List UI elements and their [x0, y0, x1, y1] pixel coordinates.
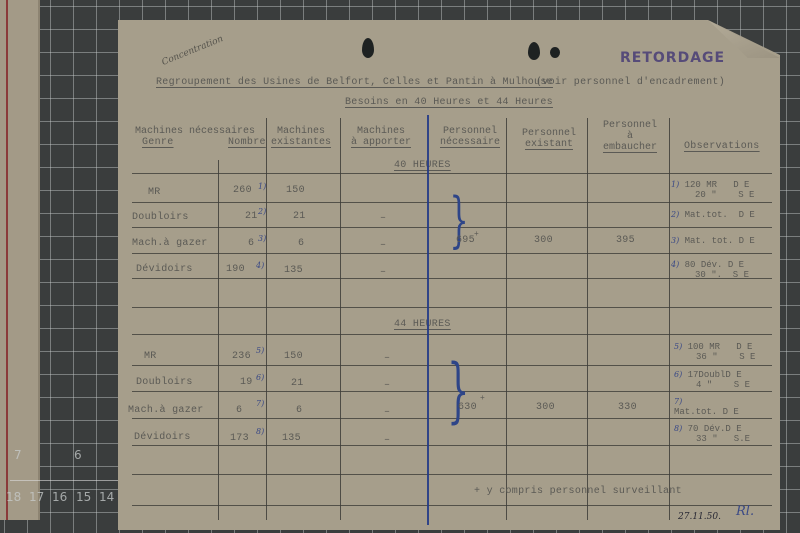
footnote-ref: 7) [256, 399, 264, 408]
observation-line: Mat.tot. D E [674, 407, 739, 417]
cell-existantes: 150 [286, 185, 305, 196]
header-label: Personnel [430, 126, 510, 137]
cell-apporter: – [380, 240, 386, 251]
observation-ref: 8) [674, 424, 682, 433]
ruler-label: 6 [74, 448, 82, 462]
footnote-ref: 1) [258, 182, 266, 191]
cell-apporter: – [384, 380, 390, 391]
personnel-embaucher-40h: 395 [616, 235, 635, 246]
observation-line: Mat.tot. D E [685, 210, 755, 220]
footnote-ref: 5) [256, 346, 264, 355]
footnote-ref: 4) [256, 261, 264, 270]
observation-line: 4 " S E [674, 380, 750, 390]
document-subtitle: Besoins en 40 Heures et 44 Heures [345, 97, 553, 108]
cell-nombre: 19 [240, 377, 253, 388]
column-rule [506, 118, 507, 520]
cell-genre: Doubloirs [136, 377, 193, 388]
observation-4: 4) 80 Dév. D E 30 ". S E [671, 260, 749, 280]
observation-line: 120 MR D E [685, 180, 750, 190]
column-rule [669, 118, 670, 520]
table-rule [132, 334, 772, 335]
cell-nombre: 6 [236, 405, 242, 416]
section-label-40h: 40 HEURES [394, 160, 451, 171]
personnel-existant-40h: 300 [534, 235, 553, 246]
section-label-44h: 44 HEURES [394, 319, 451, 330]
personnel-necessaire-40h: 695 [456, 235, 475, 246]
header-observations: Observations [684, 141, 760, 152]
observation-line: 20 " S E [671, 190, 754, 200]
cell-existantes: 6 [296, 405, 302, 416]
footnote-ref: 6) [256, 373, 264, 382]
cell-existantes: 21 [293, 211, 306, 222]
pencil-annotation: Concentration [161, 34, 225, 68]
ruler-scale [10, 480, 118, 481]
bracket-44h: } [447, 355, 469, 425]
table-rule [132, 307, 772, 308]
blue-ink-divider [427, 115, 429, 525]
cell-apporter: – [384, 435, 390, 446]
cell-apporter: – [384, 353, 390, 364]
cell-nombre: 236 [232, 351, 251, 362]
header-personnel-embaucher: Personnel à embaucher [590, 120, 670, 153]
observation-ref: 5) [674, 342, 682, 351]
ruler-label: 14 [99, 490, 114, 504]
handwritten-initials: Rl. [736, 504, 754, 519]
punch-hole [550, 47, 560, 58]
cell-existantes: 150 [284, 351, 303, 362]
header-label: Machines nécessaires [120, 126, 270, 137]
header-personnel-existant: Personnel existant [510, 128, 588, 150]
cell-genre: Dévidoirs [134, 432, 191, 443]
cell-existantes: 135 [282, 433, 301, 444]
cell-genre: Mach.à gazer [128, 405, 204, 416]
handwritten-date: 27.11.50. [678, 512, 721, 522]
observation-ref: 1) [671, 180, 679, 189]
ruler-label: 16 [52, 490, 67, 504]
cell-existantes: 6 [298, 238, 304, 249]
red-margin-edge [6, 0, 8, 520]
document-title: Regroupement des Usines de Belfort, Cell… [156, 77, 553, 88]
observation-5: 5) 100 MR D E 36 " S E [674, 342, 755, 362]
header-label: Personnel [590, 120, 670, 131]
column-rule [340, 118, 341, 520]
header-label: embaucher [590, 142, 670, 153]
punch-hole [362, 38, 374, 58]
header-genre: Genre [142, 137, 174, 148]
cell-apporter: – [380, 267, 386, 278]
observation-line: 30 ". S E [671, 270, 749, 280]
footnote-ref: 2) [258, 207, 266, 216]
header-nombre: Nombre [228, 137, 266, 148]
observation-line: 80 Dév. D E [685, 260, 744, 270]
ruler-label: 15 [76, 490, 91, 504]
cell-genre: Dévidoirs [136, 264, 193, 275]
observation-ref: 6) [674, 370, 682, 379]
header-label: existant [510, 139, 588, 150]
header-label: à [590, 131, 670, 142]
cell-genre: Mach.à gazer [132, 238, 208, 249]
header-label: Personnel [510, 128, 588, 139]
observation-6: 6) 17DoublD E 4 " S E [674, 370, 750, 390]
retordage-stamp: RETORDAGE [620, 50, 725, 66]
observation-ref: 2) [671, 210, 679, 219]
header-label: à apporter [340, 137, 422, 148]
observation-3: 3) Mat. tot. D E [671, 236, 755, 246]
cell-nombre: 190 [226, 264, 245, 275]
ruler-label: 18 [6, 490, 21, 504]
observation-line: 17DoublD E [688, 370, 742, 380]
cell-genre: MR [144, 351, 157, 362]
personnel-existant-44h: 300 [536, 402, 555, 413]
cell-nombre: 21 [245, 211, 258, 222]
cell-genre: MR [148, 187, 161, 198]
header-label: Machines [266, 126, 336, 137]
observation-ref: 3) [671, 236, 679, 245]
table-rule [132, 474, 772, 475]
table-rule [132, 505, 772, 506]
document-sheet: Concentration RETORDAGE Regroupement des… [118, 20, 780, 530]
column-rule [218, 160, 219, 520]
cell-nombre: 260 [233, 185, 252, 196]
ruler-label: 17 [29, 490, 44, 504]
ruler-label: 7 [14, 448, 22, 462]
personnel-mark: + [474, 230, 479, 239]
header-personnel-necessaire: Personnel nécessaire [430, 126, 510, 148]
personnel-embaucher-44h: 330 [618, 402, 637, 413]
header-machines-necessaires: Machines nécessaires [120, 126, 270, 137]
column-rule [266, 118, 267, 520]
observation-line: 36 " S E [674, 352, 755, 362]
footnote-ref: 3) [258, 234, 266, 243]
column-rule [587, 118, 588, 520]
observation-line: 100 MR D E [688, 342, 753, 352]
footnote-ref: 8) [256, 427, 264, 436]
cell-nombre: 173 [230, 433, 249, 444]
header-label: nécessaire [430, 137, 510, 148]
observation-2: 2) Mat.tot. D E [671, 210, 755, 220]
header-label: Machines [340, 126, 422, 137]
observation-7: 7) Mat.tot. D E [674, 397, 739, 417]
personnel-mark: + [480, 394, 485, 403]
personnel-necessaire-44h: 630 [458, 402, 477, 413]
cell-apporter: – [384, 407, 390, 418]
table-rule [132, 445, 772, 446]
footnote-text: + y compris personnel surveillant [474, 486, 682, 497]
document-title-suffix: (voir personnel d'encadrement) [536, 77, 725, 88]
header-label: existantes [266, 137, 336, 148]
observation-1: 1) 120 MR D E 20 " S E [671, 180, 754, 200]
header-machines-existantes: Machines existantes [266, 126, 336, 148]
observation-ref: 4) [671, 260, 679, 269]
observation-line: Mat. tot. D E [685, 236, 755, 246]
observation-8: 8) 70 Dév.D E 33 " S.E [674, 424, 750, 444]
observation-line: 33 " S.E [674, 434, 750, 444]
cell-nombre: 6 [248, 238, 254, 249]
header-machines-apporter: Machines à apporter [340, 126, 422, 148]
cell-existantes: 135 [284, 265, 303, 276]
cell-genre: Doubloirs [132, 212, 189, 223]
observation-ref: 7) [674, 397, 682, 406]
cell-existantes: 21 [291, 378, 304, 389]
adjacent-paper-sheet [0, 0, 40, 520]
table-rule [132, 173, 772, 174]
punch-hole [528, 42, 540, 60]
cell-apporter: – [380, 213, 386, 224]
observation-line: 70 Dév.D E [688, 424, 742, 434]
